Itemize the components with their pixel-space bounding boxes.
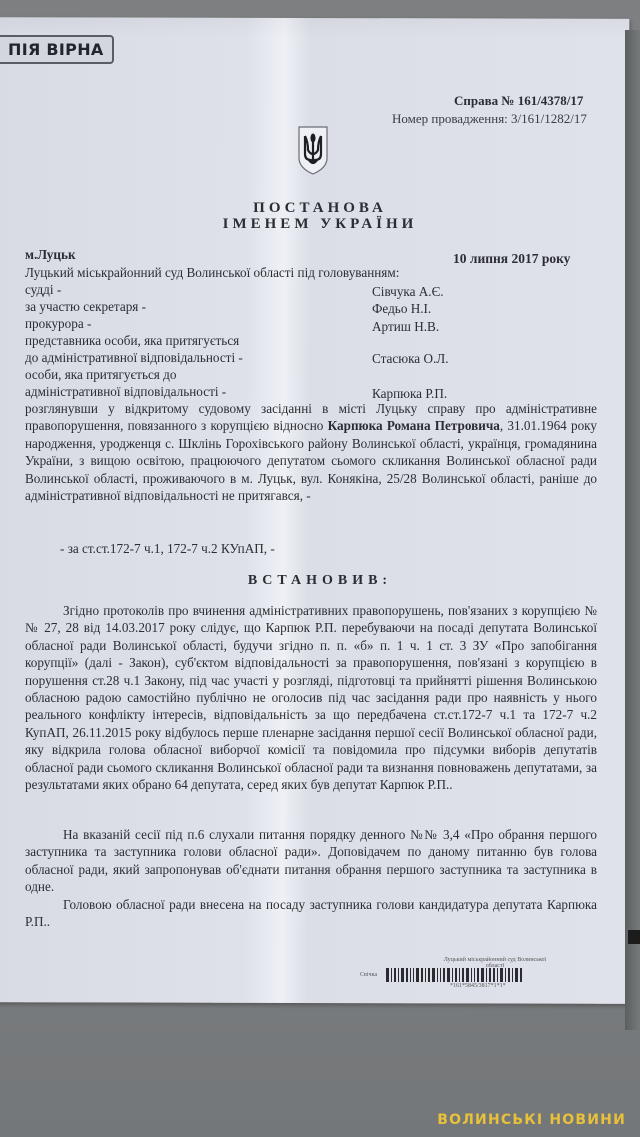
body-paragraph: На вказаній сесії під п.6 слухали питанн… bbox=[25, 826, 597, 896]
participant-role: за участю секретаря - bbox=[25, 298, 146, 315]
case-number: Справа № 161/4378/17 bbox=[454, 92, 583, 109]
background-object bbox=[628, 930, 640, 944]
participant-name: Федьо Н.І. bbox=[372, 300, 431, 317]
publisher-watermark: ВОЛИНСЬКІ НОВИНИ bbox=[437, 1112, 626, 1128]
barcode-label: Свічка bbox=[360, 972, 377, 978]
trident-emblem-icon bbox=[296, 124, 330, 176]
background-surface bbox=[625, 30, 640, 1030]
place: м.Луцьк bbox=[25, 246, 76, 263]
articles-line: - за ст.ст.172-7 ч.1, 172-7 ч.2 КУпАП, - bbox=[60, 540, 275, 557]
copy-certified-stamp: ПІЯ ВІРНА bbox=[0, 35, 114, 64]
participant-role: судді - bbox=[25, 281, 61, 298]
participant-name: Стасюка О.Л. bbox=[372, 350, 449, 367]
participant-name: Сівчука А.Є. bbox=[372, 283, 444, 300]
participant-role: адміністративної відповідальності - bbox=[25, 383, 226, 400]
body-paragraph: Згідно протоколів про вчинення адміністр… bbox=[25, 602, 597, 793]
proceeding-number: Номер провадження: 3/161/1282/17 bbox=[392, 110, 587, 127]
document-title: ПОСТАНОВА bbox=[0, 200, 640, 217]
document-date: 10 липня 2017 року bbox=[453, 250, 570, 267]
participant-role: прокурора - bbox=[25, 315, 91, 332]
barcode-icon bbox=[386, 968, 522, 982]
participant-name: Артиш Н.В. bbox=[372, 318, 439, 335]
participant-role: до адміністративної відповідальності - bbox=[25, 349, 243, 366]
barcode-block: Луцький міськрайонний суд Волинської обл… bbox=[360, 958, 620, 998]
document-subtitle: ІМЕНЕМ УКРАЇНИ bbox=[0, 216, 640, 233]
body-paragraph: Головою обласної ради внесена на посаду … bbox=[25, 896, 597, 931]
intro-paragraph: розглянувши у відкритому судовому засіда… bbox=[25, 400, 597, 504]
court-line: Луцький міськрайонний суд Волинської обл… bbox=[25, 264, 399, 281]
participant-role: особи, яка притягується до bbox=[25, 366, 176, 383]
participant-role: представника особи, яка притягується bbox=[25, 332, 239, 349]
defendant-name: Карпюка Романа Петровича bbox=[328, 418, 500, 433]
section-heading: ВСТАНОВИВ: bbox=[0, 572, 640, 589]
barcode-number: *161*5845/3817*1*1* bbox=[450, 983, 506, 989]
